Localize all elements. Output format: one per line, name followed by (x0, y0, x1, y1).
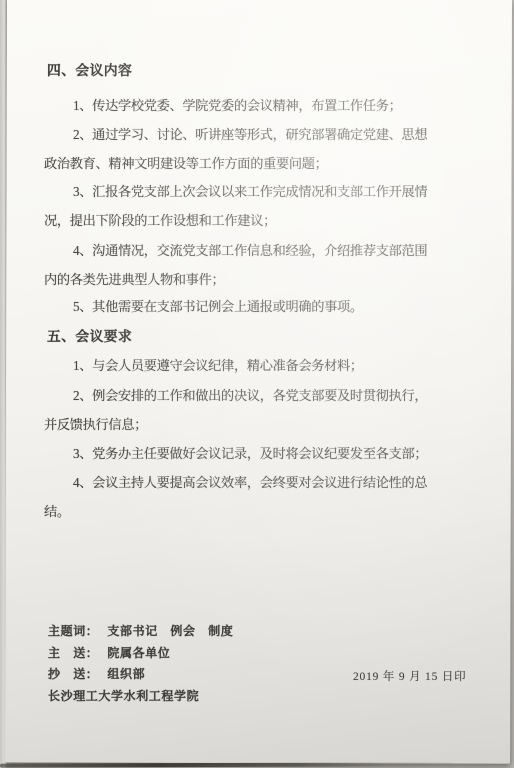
doc-line: 结。 (44, 503, 70, 520)
doc-line: 2、例会安排的工作和做出的决议，各党支部要及时贯彻执行， (73, 387, 427, 404)
scanned-page-photo: 四、会议内容 1、传达学校党委、学院党委的会议精神，布置工作任务； 2、通过学习… (0, 0, 514, 768)
meta-copy-send-value: 组织部 (107, 667, 145, 681)
doc-line: 2、通过学习、讨论、听讲座等形式，研究部署确定党建、思想 (73, 126, 427, 143)
meta-copy-send-label: 抄 送： (48, 667, 98, 681)
section-heading-meeting-requirements: 五、会议要求 (47, 328, 132, 345)
doc-line: 4、会议主持人要提高会议效率，会终要对会议进行结论性的总 (73, 474, 427, 491)
meta-keywords-value: 支部书记 例会 制度 (107, 624, 233, 638)
meta-keywords-label: 主题词： (48, 624, 98, 638)
section-heading-meeting-content: 四、会议内容 (47, 62, 132, 79)
doc-line: 1、传达学校党委、学院党委的会议精神，布置工作任务； (73, 97, 401, 114)
print-date: 2019 年 9 月 15 日印 (353, 668, 466, 684)
paper-left-edge-shadow (0, 0, 7, 768)
doc-line: 3、汇报各党支部上次会议以来工作完成情况和支部工作开展情 (73, 183, 427, 200)
meta-keywords-line: 主题词：支部书记 例会 制度 (48, 622, 233, 639)
meta-main-send-value: 院属各单位 (107, 646, 170, 660)
issuing-organization: 长沙理工大学水利工程学院 (48, 687, 199, 704)
paper-bottom-edge-shadow (0, 762, 454, 767)
doc-line: 1、与会人员要遵守会议纪律，精心准备会务材料； (73, 357, 363, 374)
meta-main-send-label: 主 送： (48, 646, 98, 660)
meta-main-send-line: 主 送：院属各单位 (48, 644, 170, 661)
doc-line: 3、党务办主任要做好会议记录，及时将会议纪要发至各支部； (73, 445, 427, 462)
meta-copy-send-line: 抄 送：组织部 (48, 665, 145, 682)
doc-line: 并反馈执行信息； (44, 416, 147, 433)
doc-line: 内的各类先进典型人物和事件； (44, 271, 224, 288)
doc-line: 5、其他需要在支部书记例会上通报或明确的事项。 (73, 298, 363, 315)
doc-line: 况，提出下阶段的工作设想和工作建议； (44, 212, 276, 229)
doc-line: 4、沟通情况，交流党支部工作信息和经验，介绍推荐支部范围 (73, 242, 427, 259)
doc-line: 政治教育、精神文明建设等工作方面的重要问题； (44, 155, 328, 172)
